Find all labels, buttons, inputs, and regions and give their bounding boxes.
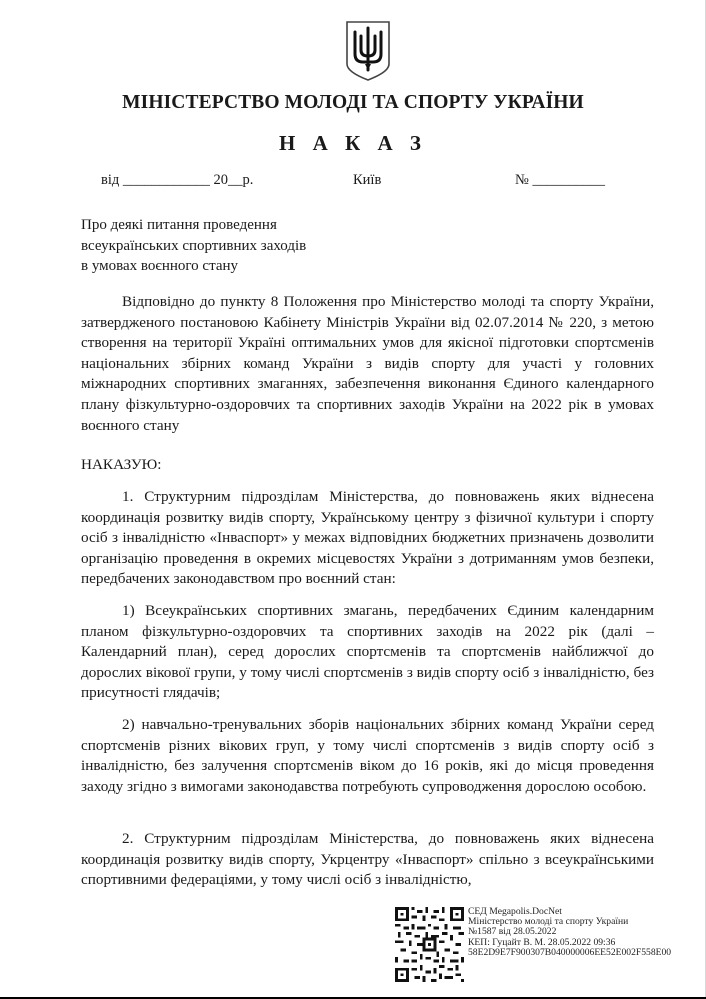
trident-emblem-icon	[345, 20, 391, 82]
subject-line: Про деякі питання проведення	[81, 215, 306, 236]
order-subitem-1-2: 2) навчально-тренувальних зборів націона…	[81, 715, 654, 797]
order-date-field: від ____________ 20__р.	[101, 172, 253, 189]
stamp-certificate-serial: 58E2D9E7F900307B040000006EE52E002F558E00	[468, 948, 671, 958]
e-signature-stamp: СЕД Megapolis.DocNet Міністерство молоді…	[395, 907, 695, 985]
qr-code-icon	[395, 907, 464, 982]
document-page: МІНІСТЕРСТВО МОЛОДІ ТА СПОРТУ УКРАЇНИ Н …	[0, 0, 706, 997]
order-subject: Про деякі питання проведення всеукраїнсь…	[81, 215, 306, 277]
preamble-paragraph: Відповідно до пункту 8 Положення про Мін…	[81, 292, 654, 436]
order-item-1: 1. Структурним підрозділам Міністерства,…	[81, 487, 654, 590]
order-item-2: 2. Структурним підрозділам Міністерства,…	[81, 829, 654, 891]
subject-line: всеукраїнських спортивних заходів	[81, 236, 306, 257]
order-subitem-1-1: 1) Всеукраїнських спортивних змагань, пе…	[81, 601, 654, 704]
document-type-title: Н А К А З	[0, 131, 706, 156]
order-city: Київ	[353, 172, 381, 189]
subject-line: в умовах воєнного стану	[81, 256, 306, 277]
ministry-name: МІНІСТЕРСТВО МОЛОДІ ТА СПОРТУ УКРАЇНИ	[0, 92, 706, 114]
order-number-field: № __________	[515, 172, 605, 189]
order-keyword: НАКАЗУЮ:	[81, 455, 654, 476]
e-signature-details: СЕД Megapolis.DocNet Міністерство молоді…	[468, 907, 671, 958]
